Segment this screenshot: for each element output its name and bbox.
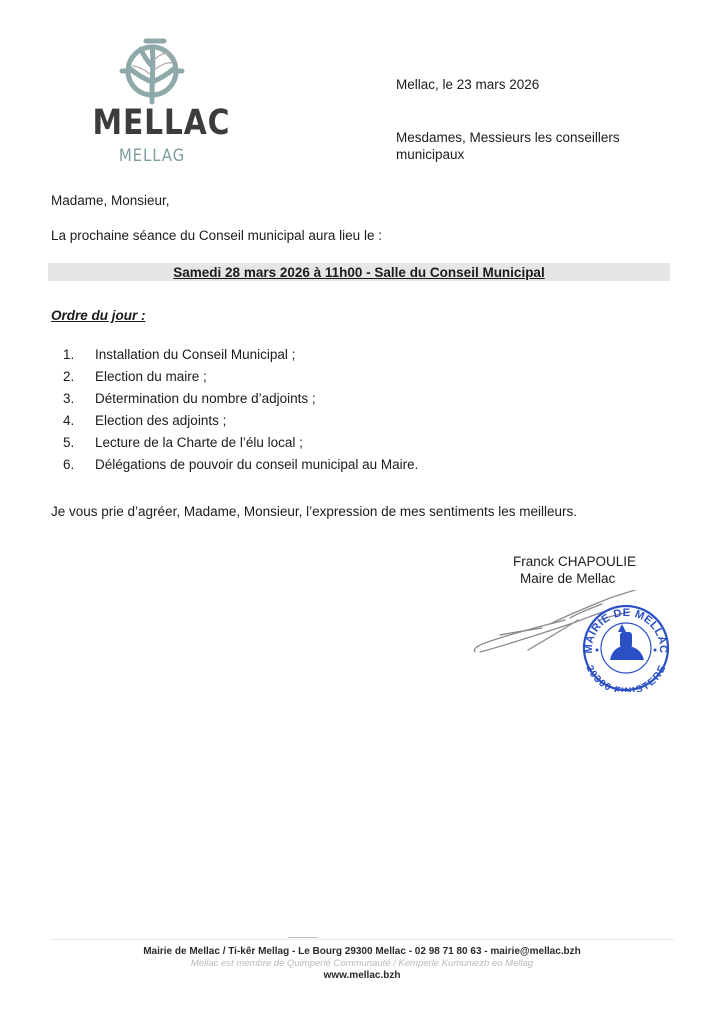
agenda-item-text: Lecture de la Charte de l’élu local ; — [95, 435, 303, 450]
agenda-item-text: Détermination du nombre d’adjoints ; — [95, 391, 316, 406]
signatory-name: Franck CHAPOULIE — [513, 553, 636, 570]
agenda-item: 4.Election des adjoints ; — [63, 412, 226, 429]
footer-membership: Mellac est membre de Quimperlé Communaut… — [0, 958, 724, 970]
footer-address: Mairie de Mellac / Ti-kêr Mellag - Le Bo… — [0, 946, 724, 958]
agenda-item-number: 5. — [63, 434, 95, 451]
agenda-item-number: 6. — [63, 456, 95, 473]
footer-website-link[interactable]: www.mellac.bzh — [0, 970, 724, 982]
agenda-item-text: Election des adjoints ; — [95, 413, 226, 428]
agenda-item: 3.Détermination du nombre d’adjoints ; — [63, 390, 316, 407]
closing-text: Je vous prie d’agréer, Madame, Monsieur,… — [51, 503, 577, 520]
leaf-circle-emblem-icon — [112, 36, 192, 106]
agenda-item: 6.Délégations de pouvoir du conseil muni… — [63, 456, 418, 473]
agenda-item-number: 3. — [63, 390, 95, 407]
logo-breton-name: MELLAG — [90, 146, 213, 166]
svg-text:29300 FINISTERE: 29300 FINISTERE — [584, 664, 669, 692]
agenda-item-number: 1. — [63, 346, 95, 363]
intro-text: La prochaine séance du Conseil municipal… — [51, 227, 382, 244]
agenda-title: Ordre du jour : — [51, 307, 146, 324]
signatory-title: Maire de Mellac — [520, 570, 615, 587]
salutation: Madame, Monsieur, — [51, 192, 170, 209]
agenda-item-number: 2. — [63, 368, 95, 385]
agenda-item: 2.Election du maire ; — [63, 368, 207, 385]
footer-divider — [50, 939, 674, 940]
town-hall-stamp-icon: MAIRIE DE MELLAC 29300 FINISTERE — [578, 602, 674, 692]
agenda-item: 1.Installation du Conseil Municipal ; — [63, 346, 295, 363]
place-date: Mellac, le 23 mars 2026 — [396, 76, 539, 93]
stamp-bottom-text: 29300 FINISTERE — [584, 664, 669, 692]
recipient-line-1: Mesdames, Messieurs les conseillers — [396, 129, 620, 146]
mellac-logo: MELLAC MELLAG — [82, 36, 222, 166]
footer-divider-accent — [288, 937, 318, 938]
agenda-item-text: Election du maire ; — [95, 369, 207, 384]
logo-wordmark: MELLAC — [93, 104, 212, 142]
recipient-line-2: municipaux — [396, 146, 464, 163]
meeting-details: Samedi 28 mars 2026 à 11h00 - Salle du C… — [48, 264, 670, 281]
agenda-item-text: Installation du Conseil Municipal ; — [95, 347, 295, 362]
agenda-item: 5.Lecture de la Charte de l’élu local ; — [63, 434, 303, 451]
agenda-item-text: Délégations de pouvoir du conseil munici… — [95, 457, 418, 472]
agenda-item-number: 4. — [63, 412, 95, 429]
